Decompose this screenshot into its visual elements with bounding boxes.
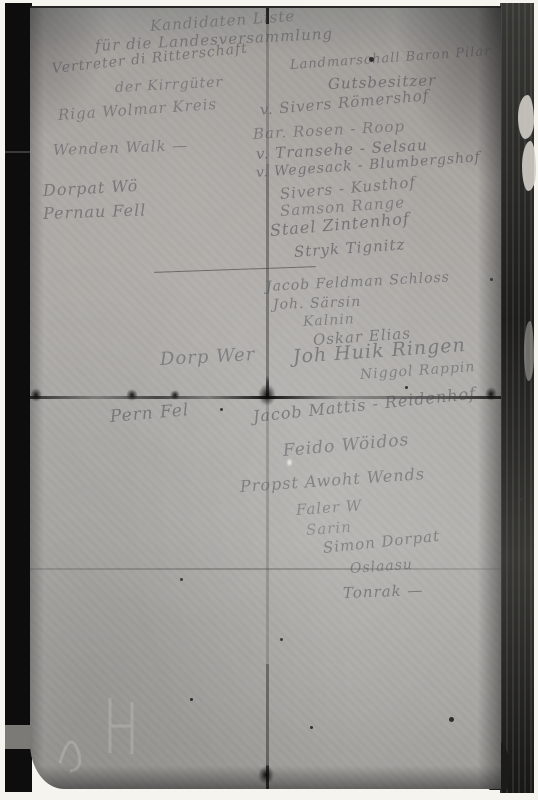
- emulsion-blob: [518, 95, 534, 139]
- handwriting-district: Wenden Walk —: [53, 136, 189, 159]
- handwriting-name: Jacob Feldman Schloss: [266, 269, 451, 295]
- handwriting-district: Riga Wolmar Kreis: [57, 95, 217, 124]
- handwriting-name: Jacob Mattis - Reidenhof: [252, 384, 477, 426]
- handwriting-name: Tonrak —: [343, 581, 424, 602]
- handwriting-name: Kalnin: [303, 311, 356, 330]
- lower-crease: [30, 568, 501, 570]
- handwriting-district: Pernau Fell: [43, 200, 147, 223]
- handwriting-name: Joh. Särsin: [273, 294, 362, 313]
- photograph-frame: Kandidaten Liste für die Landesversammlu…: [0, 0, 538, 800]
- scratch-marks: [40, 668, 180, 788]
- emulsion-blob: [522, 141, 536, 191]
- manuscript-paper: Kandidaten Liste für die Landesversammlu…: [30, 6, 501, 789]
- handwriting-district: Dorp Wer: [159, 344, 255, 370]
- handwriting-name: Feido Wöidos: [282, 430, 410, 461]
- handwriting-left-header-2: der Kirrgüter: [115, 74, 224, 96]
- fold-ink-blot: [170, 390, 180, 400]
- emulsion-blob: [524, 321, 534, 381]
- handwriting-name: Stryk Tignitz: [293, 235, 406, 261]
- paper-bright-speck: [286, 458, 293, 467]
- dust-specks: [190, 698, 193, 701]
- handwriting-name: Niggol Rappin: [359, 359, 475, 383]
- fold-ink-blot: [258, 766, 274, 784]
- fold-ink-blot: [485, 387, 497, 401]
- pencil-divider-line: [154, 266, 316, 273]
- fold-ink-blot: [126, 389, 138, 401]
- handwriting-district: Dorpat Wö: [43, 176, 139, 200]
- handwriting-name: Faler W: [295, 496, 362, 519]
- fold-ink-blot: [30, 388, 42, 402]
- handwriting-right-header: Landmarschall Baron Pilar: [289, 44, 491, 73]
- tape-patch: [5, 725, 32, 749]
- film-border-right: [500, 3, 534, 793]
- handwriting-name: Oslaasu: [349, 557, 413, 577]
- fold-ink-blot: [258, 384, 276, 406]
- handwriting-district: Pern Fel: [109, 400, 190, 427]
- film-border-left: [5, 3, 32, 792]
- film-seam: [5, 151, 32, 153]
